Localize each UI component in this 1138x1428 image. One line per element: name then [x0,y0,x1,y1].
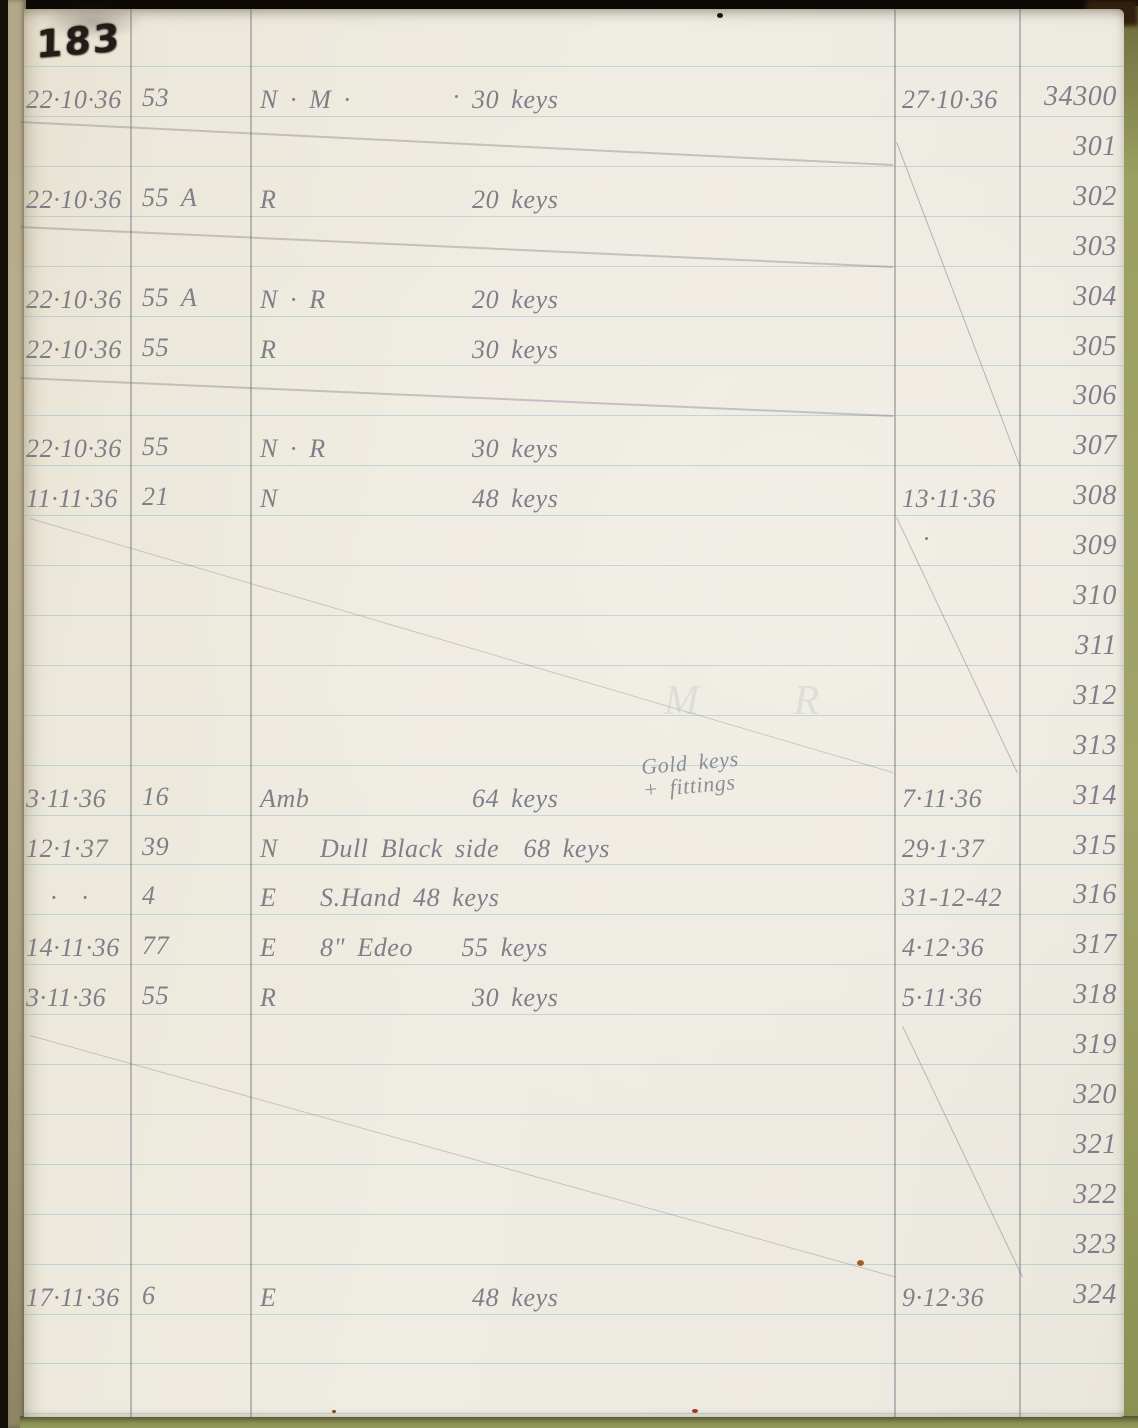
ledger-row: 319 [24,1028,1124,1072]
ledger-row: 320 [24,1078,1124,1122]
rust-speck [857,1260,864,1266]
detail-text: 48 keys [472,1278,558,1318]
detail-text: 20 keys [472,180,558,220]
serial-number: 324 [999,1275,1117,1315]
date-in: 31-12-42 [902,878,1002,918]
serial-number: 311 [999,626,1117,666]
date-in: 13·11·36 [902,479,996,519]
date-in: 9·12·36 [902,1278,984,1318]
pencil-speck [925,537,928,540]
serial-number: 305 [999,327,1117,367]
serial-number: 301 [999,127,1117,167]
detail-text: Dull Black side 68 keys [320,829,610,869]
model-number: 6 [142,1276,156,1316]
ledger-row: 306 [24,379,1124,423]
ledger-row: 303 [24,230,1124,274]
code-letter: E [260,878,276,918]
detail-text: 64 keys [472,779,558,819]
model-number: 16 [142,777,169,817]
detail-text: 20 keys [472,280,558,320]
ledger-row: 12·1·3739NDull Black side 68 keys29·1·37… [24,829,1124,873]
ledger-row: 313 [24,729,1124,773]
code-letter: R [260,330,276,370]
serial-number: 315 [999,826,1117,866]
page-number-stamp: 183 [36,15,122,67]
ledger-row: 301 [24,130,1124,174]
serial-number: 34300 [999,77,1117,117]
date-out: 17·11·36 [26,1278,120,1318]
serial-number: 313 [999,726,1117,766]
serial-number: 318 [999,975,1117,1015]
model-number: 55 [142,427,169,467]
model-number: 39 [142,827,169,867]
serial-number: 302 [999,177,1117,217]
serial-number: 303 [999,227,1117,267]
ledger-row: · ·4ES.Hand 48 keys31-12-42316 [24,878,1124,922]
ledger-row: 22·10·3655R30 keys305 [24,330,1124,374]
ledger-row: 22·10·3655 AR20 keys302 [24,180,1124,224]
code-letter: R [260,180,276,220]
model-number: 53 [142,78,169,118]
detail-text: 30 keys [472,429,558,469]
code-letter: N · R [260,429,326,469]
ledger-scan: 183 M R 22·10·3653N · M ·30 keys27·10·36… [0,0,1138,1428]
date-out: 14·11·36 [26,928,120,968]
detail-text: 8" Edeo 55 keys [320,928,548,968]
ledger-row: 3·11·3616Amb64 keysGold keys + fittings7… [24,779,1124,823]
date-out: 22·10·36 [26,330,122,370]
code-letter: Amb [260,779,309,819]
model-number: 77 [142,926,169,966]
date-out: 22·10·36 [26,280,122,320]
ruled-line [24,66,1124,67]
ledger-row: 312 [24,679,1124,723]
serial-number: 307 [999,426,1117,466]
ledger-row: 323 [24,1228,1124,1272]
ink-speck [717,13,723,18]
date-in: 5·11·36 [902,978,982,1018]
ledger-page: 183 M R 22·10·3653N · M ·30 keys27·10·36… [24,9,1124,1417]
date-in: 29·1·37 [902,829,984,869]
date-out: 12·1·37 [26,829,108,869]
code-letter: N · R [260,280,326,320]
ruled-line [24,1363,1124,1364]
ledger-row: 321 [24,1128,1124,1172]
ledger-row: 11·11·3621N48 keys13·11·36308 [24,479,1124,523]
date-out: 22·10·36 [26,80,122,120]
date-in: 4·12·36 [902,928,984,968]
ledger-row: 3·11·3655R30 keys5·11·36318 [24,978,1124,1022]
serial-number: 319 [999,1025,1117,1065]
code-letter: N [260,479,278,519]
serial-number: 321 [999,1125,1117,1165]
serial-number: 304 [999,277,1117,317]
code-letter: E [260,1278,276,1318]
model-number: 55 [142,328,169,368]
serial-number: 310 [999,576,1117,616]
table-surface-right [1122,6,1138,1428]
model-number: 21 [142,477,169,517]
red-speck [692,1409,698,1413]
model-number: 55 A [142,278,197,318]
date-out: 3·11·36 [26,779,106,819]
date-in: 27·10·36 [902,80,998,120]
code-letter: N [260,829,278,869]
serial-number: 317 [999,925,1117,965]
code-letter: N · M · [260,80,351,120]
ledger-row: 14·11·3677E8" Edeo 55 keys4·12·36317 [24,928,1124,972]
ledger-row: 22·10·3655N · R30 keys307 [24,429,1124,473]
serial-number: 322 [999,1175,1117,1215]
ledger-row: 22·10·3655 AN · R20 keys304 [24,280,1124,324]
pencil-speck [455,95,458,98]
ledger-row: 311 [24,629,1124,673]
model-number: 4 [142,876,156,916]
serial-number: 323 [999,1225,1117,1265]
gold-keys-note: Gold keys + fittings [640,746,741,800]
detail-text: 30 keys [472,330,558,370]
serial-number: 308 [999,476,1117,516]
date-in: 7·11·36 [902,779,982,819]
ruled-line [24,1413,1124,1414]
date-out: 22·10·36 [26,180,122,220]
table-surface-bottom [20,1416,1138,1428]
date-out: 3·11·36 [26,978,106,1018]
ledger-row: 17·11·366E48 keys9·12·36324 [24,1278,1124,1322]
date-out: 11·11·36 [26,479,118,519]
detail-text: 30 keys [472,978,558,1018]
model-number: 55 A [142,178,197,218]
detail-text: 48 keys [472,479,558,519]
serial-number: 320 [999,1075,1117,1115]
ledger-row: 22·10·3653N · M ·30 keys27·10·3634300 [24,80,1124,124]
date-out: · · [26,878,89,918]
detail-text: 30 keys [472,80,558,120]
serial-number: 316 [999,875,1117,915]
code-letter: R [260,978,276,1018]
serial-number: 314 [999,776,1117,816]
brown-speck [332,1410,336,1413]
date-out: 22·10·36 [26,429,122,469]
code-letter: E [260,928,276,968]
ledger-row: 322 [24,1178,1124,1222]
serial-number: 306 [999,376,1117,416]
model-number: 55 [142,976,169,1016]
detail-text: S.Hand 48 keys [320,878,499,918]
ledger-row: 309 [24,529,1124,573]
serial-number: 312 [999,676,1117,716]
book-spine-shadow [0,0,8,1428]
serial-number: 309 [999,526,1117,566]
ledger-row: 310 [24,579,1124,623]
